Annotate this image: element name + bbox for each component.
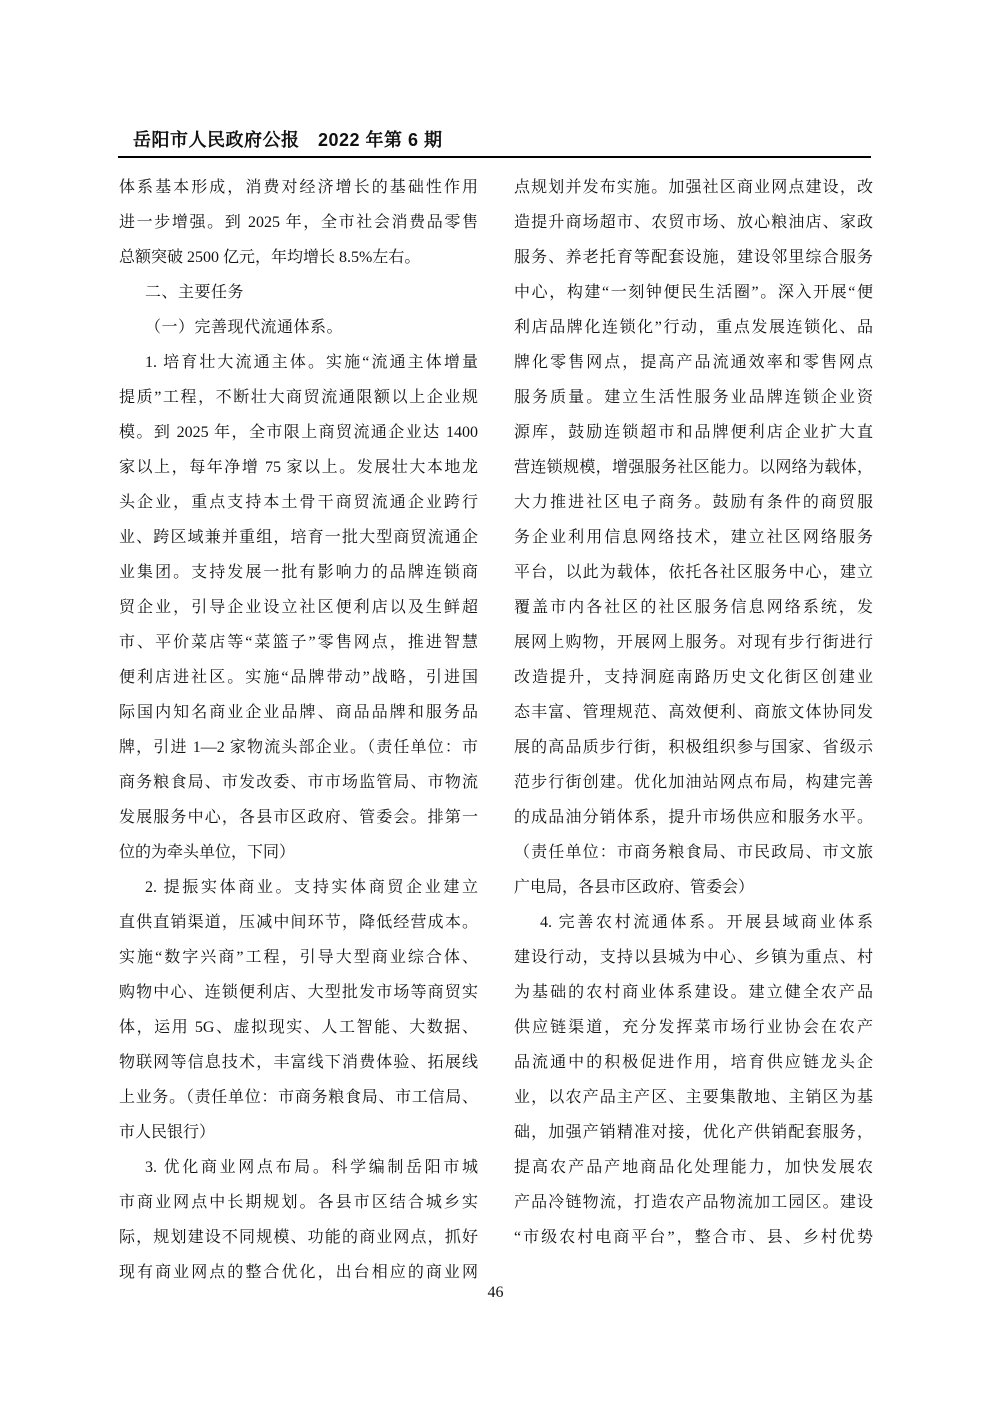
text-line: 范步行街创建。优化加油站网点布局，构建完善 [514, 765, 873, 800]
text-line: 态丰富、管理规范、高效便利、商旅文体协同发 [514, 695, 873, 730]
text-line: 总额突破 2500 亿元，年均增长 8.5%左右。 [119, 240, 478, 275]
text-line: “市级农村电商平台”，整合市、县、乡村优势 [514, 1220, 873, 1255]
text-line: 平台，以此为载体，依托各社区服务中心，建立 [514, 555, 873, 590]
page-title: 岳阳市人民政府公报 2022 年第 6 期 [133, 126, 443, 152]
text-line: 体，运用 5G、虚拟现实、人工智能、大数据、 [119, 1010, 478, 1045]
text-line: 3. 优化商业网点布局。科学编制岳阳市城 [119, 1150, 478, 1185]
text-line: 提高农产品产地商品化处理能力，加快发展农 [514, 1150, 873, 1185]
text-line: 模。到 2025 年，全市限上商贸流通企业达 1400 [119, 415, 478, 450]
text-line: （责任单位：市商务粮食局、市民政局、市文旅 [514, 835, 873, 870]
section-heading: 二、主要任务 [119, 275, 478, 310]
text-line: 务企业利用信息网络技术，建立社区网络服务 [514, 520, 873, 555]
text-line: 便利店进社区。实施“品牌带动”战略，引进国 [119, 660, 478, 695]
text-line: 利店品牌化连锁化”行动，重点发展连锁化、品 [514, 310, 873, 345]
text-line: 建设行动，支持以县城为中心、乡镇为重点、村 [514, 940, 873, 975]
text-line: 业、跨区域兼并重组，培育一批大型商贸流通企 [119, 520, 478, 555]
text-line: 2. 提振实体商业。支持实体商贸企业建立 [119, 870, 478, 905]
text-line: 造提升商场超市、农贸市场、放心粮油店、家政 [514, 205, 873, 240]
text-line: 商务粮食局、市发改委、市市场监管局、市物流 [119, 765, 478, 800]
text-line: 础，加强产销精准对接，优化产供销配套服务， [514, 1115, 873, 1150]
text-line: 4. 完善农村流通体系。开展县域商业体系 [514, 905, 873, 940]
text-line: 际国内知名商业企业品牌、商品品牌和服务品 [119, 695, 478, 730]
text-line: 市人民银行） [119, 1115, 478, 1150]
text-line: 点规划并发布实施。加强社区商业网点建设，改 [514, 170, 873, 205]
text-line: 进一步增强。到 2025 年，全市社会消费品零售 [119, 205, 478, 240]
text-line: 源库，鼓励连锁超市和品牌便利店企业扩大直 [514, 415, 873, 450]
text-line: 大力推进社区电子商务。鼓励有条件的商贸服 [514, 485, 873, 520]
page-footer: 46 [119, 1284, 872, 1302]
text-line: 展的高品质步行街，积极组织参与国家、省级示 [514, 730, 873, 765]
gazette-page: 岳阳市人民政府公报 2022 年第 6 期 体系基本形成，消费对经济增长的基础性… [0, 0, 992, 1403]
left-column: 体系基本形成，消费对经济增长的基础性作用进一步增强。到 2025 年，全市社会消… [119, 170, 478, 1290]
text-line: 服务、养老托育等配套设施，建设邻里综合服务 [514, 240, 873, 275]
text-line: 市、平价菜店等“菜篮子”零售网点，推进智慧 [119, 625, 478, 660]
text-line: 上业务。（责任单位：市商务粮食局、市工信局、 [119, 1080, 478, 1115]
text-line: 品流通中的积极促进作用，培育供应链龙头企 [514, 1045, 873, 1080]
text-line: 提质”工程，不断壮大商贸流通限额以上企业规 [119, 380, 478, 415]
text-line: 体系基本形成，消费对经济增长的基础性作用 [119, 170, 478, 205]
text-line: 营连锁规模，增强服务社区能力。以网络为载体， [514, 450, 873, 485]
header-divider [118, 156, 871, 158]
text-line: 广电局，各县市区政府、管委会） [514, 870, 873, 905]
text-line: 1. 培育壮大流通主体。实施“流通主体增量 [119, 345, 478, 380]
text-line: 产品冷链物流，打造农产品物流加工园区。建设 [514, 1185, 873, 1220]
text-line: 家以上，每年净增 75 家以上。发展壮大本地龙 [119, 450, 478, 485]
text-line: 为基础的农村商业体系建设。建立健全农产品 [514, 975, 873, 1010]
text-line: 贸企业，引导企业设立社区便利店以及生鲜超 [119, 590, 478, 625]
section-heading: （一）完善现代流通体系。 [119, 310, 478, 345]
text-line: 物联网等信息技术，丰富线下消费体验、拓展线 [119, 1045, 478, 1080]
text-line: 市商业网点中长期规划。各县市区结合城乡实 [119, 1185, 478, 1220]
text-line: 际，规划建设不同规模、功能的商业网点，抓好 [119, 1220, 478, 1255]
text-line: 服务质量。建立生活性服务业品牌连锁企业资 [514, 380, 873, 415]
text-line: 头企业，重点支持本土骨干商贸流通企业跨行 [119, 485, 478, 520]
text-line: 实施“数字兴商”工程，引导大型商业综合体、 [119, 940, 478, 975]
text-line: 改造提升，支持洞庭南路历史文化街区创建业 [514, 660, 873, 695]
text-line: 位的为牵头单位，下同） [119, 835, 478, 870]
text-line: 业，以农产品主产区、主要集散地、主销区为基 [514, 1080, 873, 1115]
text-line: 牌，引进 1—2 家物流头部企业。（责任单位：市 [119, 730, 478, 765]
text-line: 覆盖市内各社区的社区服务信息网络系统，发 [514, 590, 873, 625]
text-line: 供应链渠道，充分发挥菜市场行业协会在农产 [514, 1010, 873, 1045]
text-line: 中心，构建“一刻钟便民生活圈”。深入开展“便 [514, 275, 873, 310]
text-line: 直供直销渠道，压减中间环节，降低经营成本。 [119, 905, 478, 940]
text-line: 展网上购物，开展网上服务。对现有步行街进行 [514, 625, 873, 660]
page-number: 46 [488, 1284, 504, 1301]
text-line: 牌化零售网点，提高产品流通效率和零售网点 [514, 345, 873, 380]
text-line: 发展服务中心，各县市区政府、管委会。排第一 [119, 800, 478, 835]
text-line: 的成品油分销体系，提升市场供应和服务水平。 [514, 800, 873, 835]
text-line: 购物中心、连锁便利店、大型批发市场等商贸实 [119, 975, 478, 1010]
text-line: 业集团。支持发展一批有影响力的品牌连锁商 [119, 555, 478, 590]
right-column: 点规划并发布实施。加强社区商业网点建设，改造提升商场超市、农贸市场、放心粮油店、… [514, 170, 873, 1255]
